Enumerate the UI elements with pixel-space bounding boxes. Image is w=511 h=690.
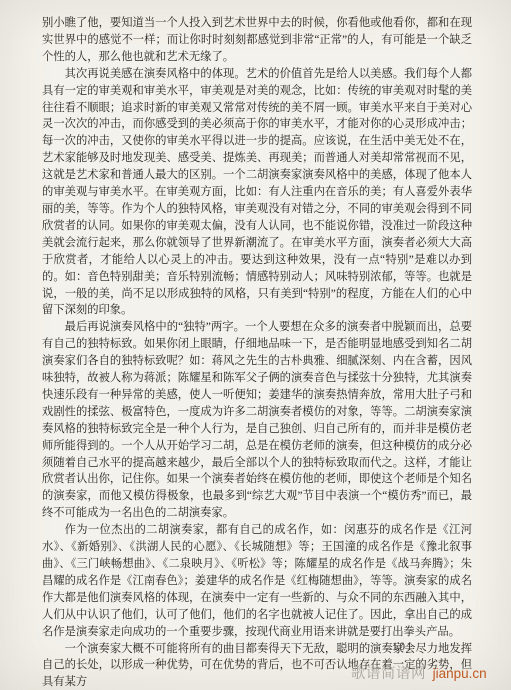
scanned-book-page: 别小瞧了他，要知道当一个人投入到艺术世界中去的时候，你看他或他看你，都和在现实世…: [0, 0, 511, 690]
watermark: 歌谱简谱网 jianpu.cn: [351, 662, 487, 683]
paragraph-aesthetics: 其次再说美感在演奏风格中的体现。艺术的价值首先是给人以美感。我们每个人都具有一定…: [42, 66, 472, 320]
paragraph-signature-works: 作为一位杰出的二胡演奏家，都有自己的成名作，如：闵惠芬的成名作是《江河水》、《新…: [42, 522, 472, 640]
paragraph-continuation: 别小瞧了他，要知道当一个人投入到艺术世界中去的时候，你看他或他看你，都和在现实世…: [42, 15, 472, 66]
page-number: 101: [392, 641, 414, 653]
watermark-site-name: 歌谱简谱网: [351, 666, 426, 682]
body-text: 别小瞧了他，要知道当一个人投入到艺术世界中去的时候，你看他或他看你，都和在现实世…: [42, 15, 472, 690]
paragraph-uniqueness: 最后再说演奏风格中的“独特”两字。一个人要想在众多的演奏者中脱颖而出，总要有自己…: [42, 319, 472, 522]
watermark-site-url: jianpu.cn: [433, 666, 487, 681]
